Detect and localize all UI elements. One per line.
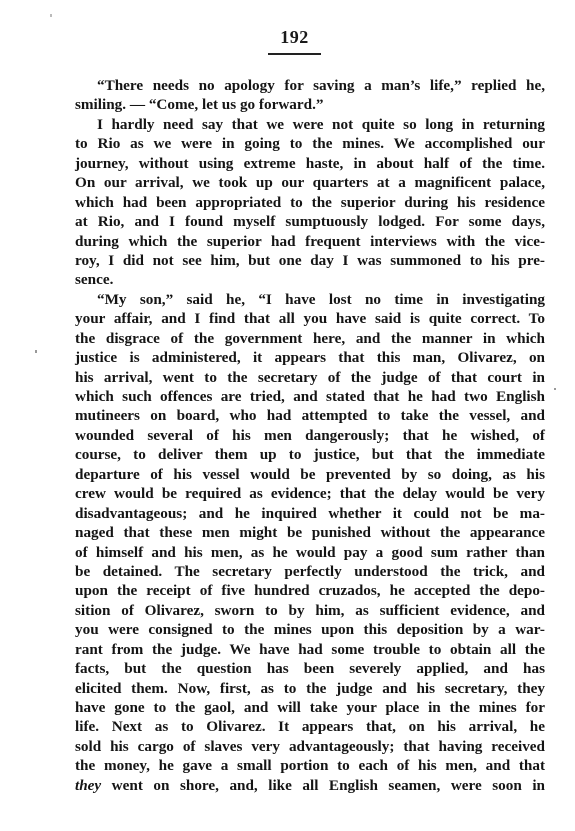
text-line: elicited them. Now, first, as to the jud… [75,679,545,698]
text-line: have gone to the gaol, and will take you… [75,698,545,717]
text-line: the money, he gave a small portion to ea… [75,756,545,775]
line-text: naged that these men might be punished w… [75,524,545,541]
line-text: upon the receipt of five hundred cruzado… [75,582,545,599]
line-text: life. Next as to Olivarez. It appears th… [75,718,545,735]
text-line: upon the receipt of five hundred cruzado… [75,581,545,600]
line-text: during which the superior had frequent i… [75,233,545,250]
text-line: the disgrace of the government here, and… [75,329,545,348]
text-line: “There needs no apology for saving a man… [75,76,545,95]
margin-speck [35,350,37,353]
line-text: justice is administered, it appears that… [75,349,545,366]
line-text: which had been appropriated to the super… [75,194,545,211]
text-line: be detained. The secretary perfectly und… [75,562,545,581]
line-text: sold his cargo of slaves very advantageo… [75,738,545,755]
text-line: of himself and his men, as he would pay … [75,543,545,562]
text-line: they went on shore, and, like all Englis… [75,776,545,795]
line-text: of himself and his men, as he would pay … [75,544,545,561]
line-text: mutineers on board, who had attempted to… [75,407,545,424]
text-line: smiling. — “Come, let us go forward.” [75,95,545,114]
text-line: to Rio as we were in going to the mines.… [75,134,545,153]
text-line: naged that these men might be punished w… [75,523,545,542]
emphasis: they [75,777,101,794]
text-line: facts, but the question has been severel… [75,659,545,678]
line-text: which such offences are tried, and state… [75,388,545,405]
line-text: “My son,” said he, “I have lost no time … [97,291,545,308]
margin-speck [554,388,556,390]
text-line: at Rio, and I found myself sumptuously l… [75,212,545,231]
text-line: during which the superior had frequent i… [75,232,545,251]
line-text: On our arrival, we took up our quarters … [75,174,545,191]
line-text: the money, he gave a small portion to ea… [75,757,545,774]
line-text: journey, without using extreme haste, in… [75,155,545,172]
text-line: departure of his vessel would be prevent… [75,465,545,484]
line-text: the disgrace of the government here, and… [75,330,545,347]
body-text: “There needs no apology for saving a man… [75,76,545,795]
text-line: mutineers on board, who had attempted to… [75,406,545,425]
text-line: which had been appropriated to the super… [75,193,545,212]
line-text: facts, but the question has been severel… [75,660,545,677]
text-line: course, to deliver them up to justice, b… [75,445,545,464]
line-text: at Rio, and I found myself sumptuously l… [75,213,545,230]
text-line: rant from the judge. We have had some tr… [75,640,545,659]
line-text: I hardly need say that we were not quite… [97,116,545,133]
text-line: “My son,” said he, “I have lost no time … [75,290,545,309]
line-text: elicited them. Now, first, as to the jud… [75,680,545,697]
margin-speck [50,14,52,17]
text-line: journey, without using extreme haste, in… [75,154,545,173]
line-text: wounded several of his men dangerously; … [75,427,545,444]
line-text: went on shore, and, like all English sea… [101,777,545,794]
line-text: be detained. The secretary perfectly und… [75,563,545,580]
text-line: I hardly need say that we were not quite… [75,115,545,134]
line-text: smiling. — “Come, let us go forward.” [75,96,323,113]
line-text: sition of Olivarez, sworn to by him, as … [75,602,545,619]
text-line: his arrival, went to the secretary of th… [75,368,545,387]
line-text: roy, I did not see him, but one day I wa… [75,252,545,269]
book-page: 192 “There needs no apology for saving a… [0,0,575,831]
line-text: rant from the judge. We have had some tr… [75,641,545,658]
line-text: you were consigned to the mines upon thi… [75,621,545,638]
text-line: roy, I did not see him, but one day I wa… [75,251,545,270]
text-line: which such offences are tried, and state… [75,387,545,406]
line-text: disadvantageous; and he inquired whether… [75,505,545,522]
header-rule [268,53,321,55]
text-line: On our arrival, we took up our quarters … [75,173,545,192]
line-text: to Rio as we were in going to the mines.… [75,135,545,152]
line-text: his arrival, went to the secretary of th… [75,369,545,386]
line-text: crew would be required as evidence; that… [75,485,545,502]
text-line: justice is administered, it appears that… [75,348,545,367]
text-line: sition of Olivarez, sworn to by him, as … [75,601,545,620]
line-text: course, to deliver them up to justice, b… [75,446,545,463]
line-text: departure of his vessel would be prevent… [75,466,545,483]
text-line: your affair, and I find that all you hav… [75,309,545,328]
text-line: you were consigned to the mines upon thi… [75,620,545,639]
line-text: “There needs no apology for saving a man… [97,77,545,94]
line-text: your affair, and I find that all you hav… [75,310,545,327]
text-line: wounded several of his men dangerously; … [75,426,545,445]
text-line: sence. [75,270,545,289]
text-line: crew would be required as evidence; that… [75,484,545,503]
text-line: sold his cargo of slaves very advantageo… [75,737,545,756]
line-text: sence. [75,271,113,288]
text-line: life. Next as to Olivarez. It appears th… [75,717,545,736]
page-number: 192 [0,27,575,48]
line-text: have gone to the gaol, and will take you… [75,699,545,716]
text-line: disadvantageous; and he inquired whether… [75,504,545,523]
